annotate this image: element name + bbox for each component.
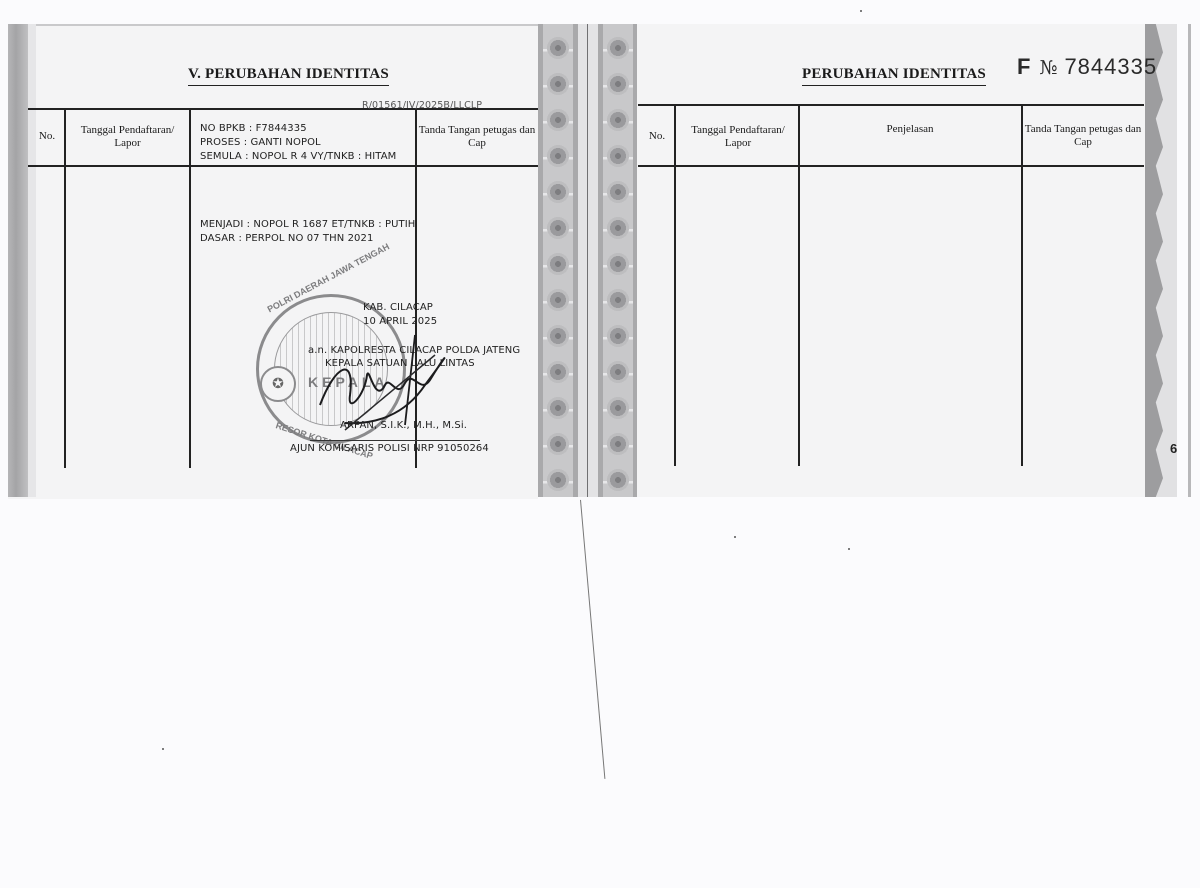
left-col-divider-1 bbox=[64, 108, 66, 468]
reference-code: R/01561/IV/2025B/LLCLP bbox=[362, 100, 482, 111]
scanned-document: V. PERUBAHAN IDENTITAS R/01561/IV/2025B/… bbox=[0, 0, 1200, 888]
right-col-divider-2 bbox=[798, 104, 800, 466]
right-table-header-border bbox=[638, 165, 1144, 167]
entry-semula: SEMULA : NOPOL R 4 VY/TNKB : HITAM bbox=[200, 151, 396, 162]
signatory-rank: AJUN KOMISARIS POLISI NRP 91050264 bbox=[290, 443, 489, 454]
scan-speck bbox=[734, 536, 736, 538]
entry-no-bpkb: NO BPKB : F7844335 bbox=[200, 123, 307, 134]
binding-pattern-left bbox=[538, 24, 578, 497]
binding-pattern-right bbox=[598, 24, 638, 497]
signature-line bbox=[310, 440, 480, 441]
signature bbox=[305, 325, 465, 435]
serial-number: F№7844335 bbox=[1017, 54, 1157, 80]
right-page bbox=[637, 24, 1162, 497]
entry-menjadi: MENJADI : NOPOL R 1687 ET/TNKB : PUTIH bbox=[200, 219, 415, 230]
binding-strip bbox=[538, 24, 638, 497]
page-number: 6 bbox=[1170, 441, 1177, 456]
left-header-no: No. bbox=[30, 130, 64, 143]
left-page-title: V. PERUBAHAN IDENTITAS bbox=[188, 66, 389, 86]
scan-speck bbox=[860, 10, 862, 12]
left-header-tanda-tangan: Tanda Tangan petugas dan Cap bbox=[418, 124, 536, 150]
serial-prefix: F bbox=[1017, 54, 1031, 79]
entry-proses: PROSES : GANTI NOPOL bbox=[200, 137, 321, 148]
police-emblem-icon: ✪ bbox=[260, 366, 296, 402]
left-header-tanggal: Tanggal Pendaftaran/ Lapor bbox=[70, 124, 185, 150]
left-page-margin bbox=[28, 24, 36, 497]
scan-speck bbox=[848, 548, 850, 550]
right-col-divider-3 bbox=[1021, 104, 1023, 466]
serial-digits: 7844335 bbox=[1064, 54, 1157, 79]
right-header-tanda-tangan: Tanda Tangan petugas dan Cap bbox=[1024, 123, 1142, 149]
right-header-tanggal: Tanggal Pendaftaran/ Lapor bbox=[680, 124, 796, 150]
right-table-top-border bbox=[638, 104, 1144, 106]
right-col-divider-1 bbox=[674, 104, 676, 466]
left-page-edge bbox=[8, 24, 28, 497]
right-page-title: PERUBAHAN IDENTITAS bbox=[802, 66, 986, 86]
left-col-divider-2 bbox=[189, 108, 191, 468]
right-page-edge-line bbox=[1188, 24, 1191, 497]
scan-speck bbox=[162, 748, 164, 750]
entry-dasar: DASAR : PERPOL NO 07 THN 2021 bbox=[200, 233, 373, 244]
signatory-name: ARPAN, S.I.K., M.H., M.Si. bbox=[340, 420, 467, 431]
right-header-no: No. bbox=[640, 130, 674, 143]
paper-crease bbox=[580, 500, 605, 779]
right-header-penjelasan: Penjelasan bbox=[860, 123, 960, 136]
left-table-header-border bbox=[28, 165, 538, 167]
numero-sign: № bbox=[1039, 57, 1058, 79]
sign-place: KAB. CILACAP bbox=[363, 302, 433, 313]
binding-fold bbox=[578, 24, 598, 497]
